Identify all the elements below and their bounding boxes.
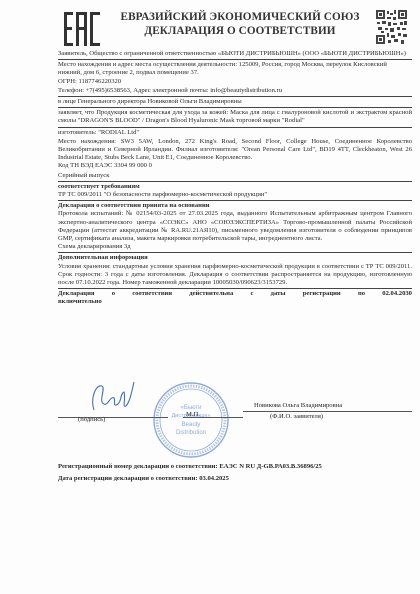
additional-text: Условия хранения: стандартные условия хр… [58, 263, 412, 288]
product-block: заявляет, что Продукция косметическая дл… [58, 109, 412, 127]
product-statement: заявляет, что Продукция косметическая дл… [58, 109, 412, 125]
validity-block: Декларация о соответствии действительна … [58, 290, 412, 307]
validity-word: Декларация [58, 290, 94, 298]
conformity-block: соответствует требованиям ТР ТС 009/2011… [58, 183, 412, 201]
handwritten-signature-icon [86, 378, 136, 418]
representative-block: в лице Генерального директора Новиковой … [58, 98, 412, 108]
additional-block: Дополнительная информация Условия хранен… [58, 254, 412, 289]
applicant-block: Заявитель, Общество с ограниченной ответ… [58, 50, 412, 60]
signer-name: Новикова Ольга Владимировна [254, 402, 342, 409]
release-block: Серийный выпуск [58, 172, 412, 182]
validity-word: соответствии [132, 290, 172, 298]
validity-word: регистрации [303, 290, 341, 298]
manufacturer-block: изготовитель: "RODIAL Ltd" [58, 129, 412, 138]
declaration-scheme: Схема декларирования 3д [58, 243, 412, 251]
signature-area: (подпись) М.П. Новикова Ольга Владимиров… [58, 392, 412, 462]
document-header: ЕВРАЗИЙСКИЙ ЭКОНОМИЧЕСКИЙ СОЮЗ ДЕКЛАРАЦИ… [120, 10, 360, 38]
validity-word: по [358, 290, 365, 298]
applicant-ogrn: ОГРН: 1187746220320 [58, 78, 412, 86]
basis-text: Протокола испытаний: № 02154/03-2025 от … [58, 210, 412, 243]
validity-word: о [112, 290, 115, 298]
additional-label: Дополнительная информация [58, 254, 412, 262]
registration-number: Регистрационный номер декларации о соотв… [58, 461, 412, 473]
applicant-contacts: Телефон: +7(495)6538563, Адрес электронн… [58, 87, 412, 95]
signature-caption: (подпись) [78, 416, 105, 423]
qr-code[interactable] [376, 10, 407, 44]
conformity-label: соответствует требованиям [58, 183, 412, 191]
contacts-block: Телефон: +7(495)6538563, Адрес электронн… [58, 87, 412, 97]
signature-line [58, 417, 168, 418]
declaration-page: ЕВРАЗИЙСКИЙ ЭКОНОМИЧЕСКИЙ СОЮЗ ДЕКЛАРАЦИ… [0, 0, 420, 594]
basis-label: Декларация о соответствии принята на осн… [58, 202, 412, 210]
validity-word: с [251, 290, 254, 298]
release-type: Серийный выпуск [58, 172, 412, 180]
manufacturer-address-block: Место нахождения: SW3 5AW, London, 272 K… [58, 138, 412, 172]
applicant-line: Заявитель, Общество с ограниченной ответ… [58, 50, 412, 58]
registration-block: Регистрационный номер декларации о соотв… [58, 461, 412, 485]
validity-end-date: 02.04.2030 [382, 290, 412, 298]
signer-caption: (Ф.И.О. заявителя) [270, 413, 323, 420]
applicant-representative: в лице Генерального директора Новиковой … [58, 98, 412, 106]
registration-date: Дата регистрации декларации о соответств… [58, 473, 412, 485]
address-block: Место нахождения и адрес места осуществл… [58, 61, 412, 87]
applicant-address: Место нахождения и адрес места осуществл… [58, 61, 412, 77]
manufacturer-name: изготовитель: "RODIAL Ltd" [58, 129, 412, 137]
declaration-title: ДЕКЛАРАЦИЯ О СООТВЕТСТВИИ [120, 24, 360, 38]
union-title: ЕВРАЗИЙСКИЙ ЭКОНОМИЧЕСКИЙ СОЮЗ [120, 10, 360, 24]
declaration-body: Заявитель, Общество с ограниченной ответ… [58, 50, 412, 308]
eac-mark-icon [63, 11, 101, 47]
validity-line: Декларация о соответствии действительна … [58, 290, 412, 298]
validity-word: действительна [189, 290, 233, 298]
signer-name-line [243, 411, 412, 412]
tn-ved-code: Код ТН ВЭД ЕАЭС 3304 99 000 0 [58, 162, 412, 170]
eac-logo [63, 11, 101, 47]
qr-code-icon [376, 10, 407, 44]
manufacturer-address: Место нахождения: SW3 5AW, London, 272 K… [58, 138, 412, 163]
validity-inclusive: включительно [58, 298, 412, 306]
basis-block: Декларация о соответствии принята на осн… [58, 202, 412, 253]
validity-word: даты [271, 290, 286, 298]
conformity-regulation: ТР ТС 009/2011 "О безопасности парфюмерн… [58, 191, 412, 199]
seal-label: М.П. [186, 411, 200, 418]
